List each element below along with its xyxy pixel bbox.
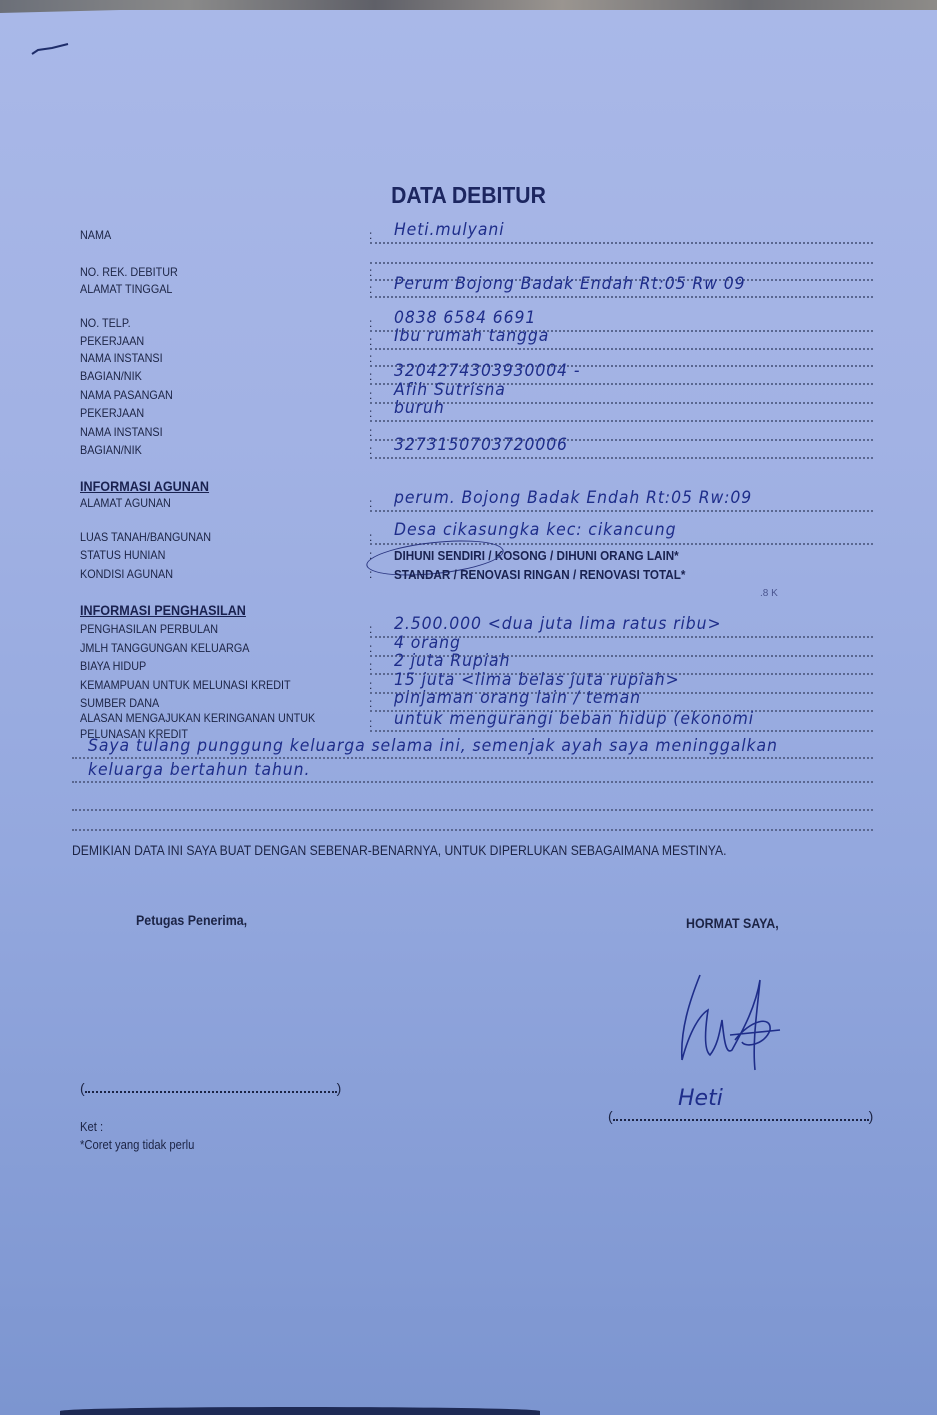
dotted-line <box>370 348 873 350</box>
field-label: NAMA INSTANSI <box>80 351 163 365</box>
field-value: Ibu rumah tangga <box>394 326 549 346</box>
field-label: PEKERJAAN <box>80 334 144 348</box>
page-title: DATA DEBITUR <box>37 182 899 209</box>
dotted-line <box>72 781 873 783</box>
field-value: Afih Sutrisna <box>394 380 506 400</box>
dotted-line <box>370 457 873 459</box>
land-area-label: LUAS TANAH/BANGUNAN <box>80 530 211 544</box>
collateral-address-value: perum. Bojong Badak Endah Rt:05 Rw:09 <box>394 488 752 508</box>
reason-line: keluarga bertahun tahun. <box>88 760 310 780</box>
respectfully-label: HORMAT SAYA, <box>686 916 779 931</box>
reason-line: Saya tulang punggung keluarga selama ini… <box>88 736 778 756</box>
margin-mark: .8 K <box>760 588 778 599</box>
dotted-line <box>370 730 873 732</box>
income-heading: INFORMASI PENGHASILAN <box>80 602 246 618</box>
dotted-line <box>370 262 873 264</box>
pen-mark-icon <box>30 42 72 56</box>
dotted-line <box>370 296 873 298</box>
field-label: PEKERJAAN <box>80 406 144 420</box>
field-label: BAGIAN/NIK <box>80 369 142 383</box>
field-label: NAMA INSTANSI <box>80 425 163 439</box>
dotted-line <box>72 829 873 831</box>
income-label: BIAYA HIDUP <box>80 659 146 673</box>
collateral-address-label: ALAMAT AGUNAN <box>80 496 171 510</box>
field-label: NO. REK. DEBITUR <box>80 265 178 279</box>
field-value: buruh <box>394 398 445 418</box>
reason-label-1: ALASAN MENGAJUKAN KERINGANAN UNTUK <box>80 711 315 725</box>
field-label: BAGIAN/NIK <box>80 443 142 457</box>
debtor-signed-name: Heti <box>678 1086 723 1111</box>
officer-name-line: () <box>80 1080 341 1096</box>
reason-line: untuk mengurangi beban hidup (ekonomi <box>394 709 754 729</box>
clipboard-edge <box>60 1407 540 1415</box>
field-value: Perum Bojong Badak Endah Rt:05 Rw 09 <box>394 274 745 294</box>
signature-icon <box>660 960 810 1080</box>
income-label: JMLH TANGGUNGAN KELUARGA <box>80 641 249 655</box>
income-value: 2.500.000 <dua juta lima ratus ribu> <box>394 614 722 634</box>
income-label: KEMAMPUAN UNTUK MELUNASI KREDIT <box>80 678 291 692</box>
field-label: NAMA <box>80 228 111 242</box>
dotted-line <box>370 402 873 404</box>
collateral-heading: INFORMASI AGUNAN <box>80 478 209 494</box>
dotted-line <box>370 420 873 422</box>
notes-label: Ket : <box>80 1120 103 1134</box>
income-label: SUMBER DANA <box>80 696 159 710</box>
income-value: 2 juta Rupiah <box>394 651 510 671</box>
officer-label: Petugas Penerima, <box>136 913 247 928</box>
field-value: Heti.mulyani <box>394 220 504 240</box>
collateral-condition-label: KONDISI AGUNAN <box>80 567 173 581</box>
field-label: NO. TELP. <box>80 316 131 330</box>
field-label: ALAMAT TINGGAL <box>80 282 172 296</box>
occupancy-status-label: STATUS HUNIAN <box>80 548 165 562</box>
debtor-name-line: () <box>608 1108 873 1124</box>
collateral-condition-options: STANDAR / RENOVASI RINGAN / RENOVASI TOT… <box>394 567 685 582</box>
collateral-address-value-2: Desa cikasungka kec: cikancung <box>394 520 676 540</box>
footnote: *Coret yang tidak perlu <box>80 1138 194 1152</box>
field-value: 3204274303930004 - <box>394 361 580 381</box>
income-value: 4 orang <box>394 633 461 653</box>
field-value: 3273150703720006 <box>394 435 568 455</box>
dotted-line <box>72 809 873 811</box>
dotted-line <box>370 242 873 244</box>
income-value: 15 juta <lima belas juta rupiah> <box>394 670 680 690</box>
field-value: 0838 6584 6691 <box>394 308 536 328</box>
income-label: PENGHASILAN PERBULAN <box>80 622 218 636</box>
field-label: NAMA PASANGAN <box>80 388 173 402</box>
dotted-line <box>370 510 873 512</box>
income-value: pinjaman orang lain / teman <box>394 688 641 708</box>
dotted-line <box>72 757 873 759</box>
declaration-statement: DEMIKIAN DATA INI SAYA BUAT DENGAN SEBEN… <box>72 843 726 858</box>
